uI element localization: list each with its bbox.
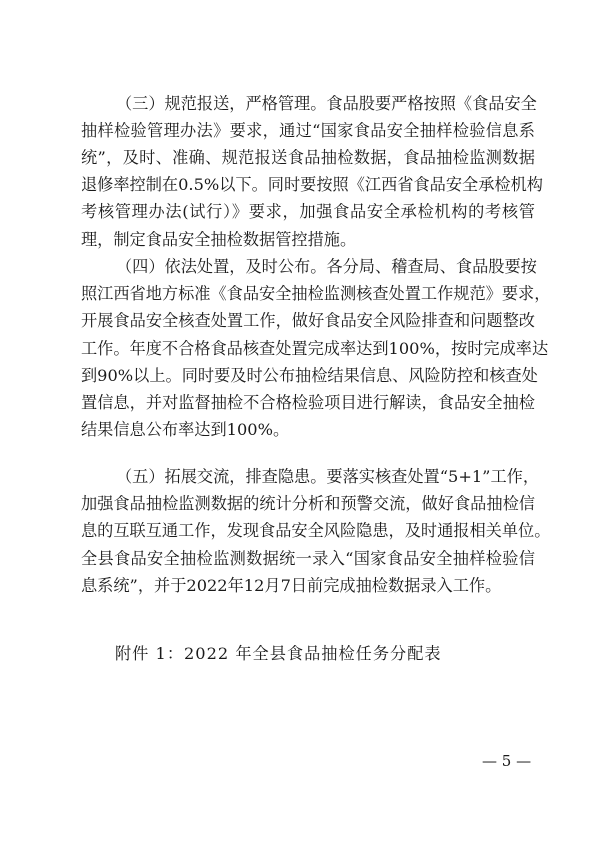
section-3-line-2: 抽样检验管理办法》要求，通过“国家食品安全抽样检验信息系 [81, 117, 535, 144]
section-5-line-1: （五）拓展交流，排查隐患。要落实核查处置“5+1”工作， [116, 463, 535, 490]
section-4-line-2: 照江西省地方标准《食品安全抽检监测核查处置工作规范》要求， [81, 280, 535, 307]
section-5-line-4: 全县食品安全抽检监测数据统一录入“国家食品安全抽样检验信 [81, 545, 535, 572]
page-number: — 5 — [482, 750, 531, 772]
section-3-line-4: 退修率控制在0.5%以下。同时要按照《江西省食品安全承检机构 [81, 171, 535, 198]
section-4-line-5: 到90%以上。同时要及时公布抽检结果信息、风险防控和核查处 [81, 362, 535, 389]
section-3-line-5: 考核管理办法(试行）》要求，加强食品安全承检机构的考核管 [81, 198, 535, 225]
section-5-line-2: 加强食品抽检监测数据的统计分析和预警交流，做好食品抽检信 [81, 490, 535, 517]
section-3-line-6: 理，制定食品安全抽检数据管控措施。 [81, 226, 535, 253]
section-4-line-4: 工作。年度不合格食品核查处置完成率达到100%，按时完成率达 [81, 335, 535, 362]
section-3-line-1: （三）规范报送，严格管理。食品股要严格按照《食品安全 [116, 90, 535, 117]
section-3-line-3: 统”，及时、准确、规范报送食品抽检数据，食品抽检监测数据 [81, 144, 535, 171]
section-4-line-1: （四）依法处置，及时公布。各分局、稽查局、食品股要按 [116, 253, 535, 280]
section-4-line-3: 开展食品安全核查处置工作，做好食品安全风险排查和问题整改 [81, 307, 535, 334]
section-5-line-5: 息系统”，并于2022年12月7日前完成抽检数据录入工作。 [81, 572, 535, 599]
attachment-reference: 附件 1：2022 年全县食品抽检任务分配表 [115, 640, 442, 667]
section-4-line-6: 置信息，并对监督抽检不合格检验项目进行解读，食品安全抽检 [81, 389, 535, 416]
section-5-line-3: 息的互联互通工作，发现食品安全风险隐患，及时通报相关单位。 [81, 517, 535, 544]
document-page: （三）规范报送，严格管理。食品股要严格按照《食品安全 抽样检验管理办法》要求，通… [0, 0, 609, 841]
section-4-line-7: 结果信息公布率达到100%。 [81, 416, 535, 443]
